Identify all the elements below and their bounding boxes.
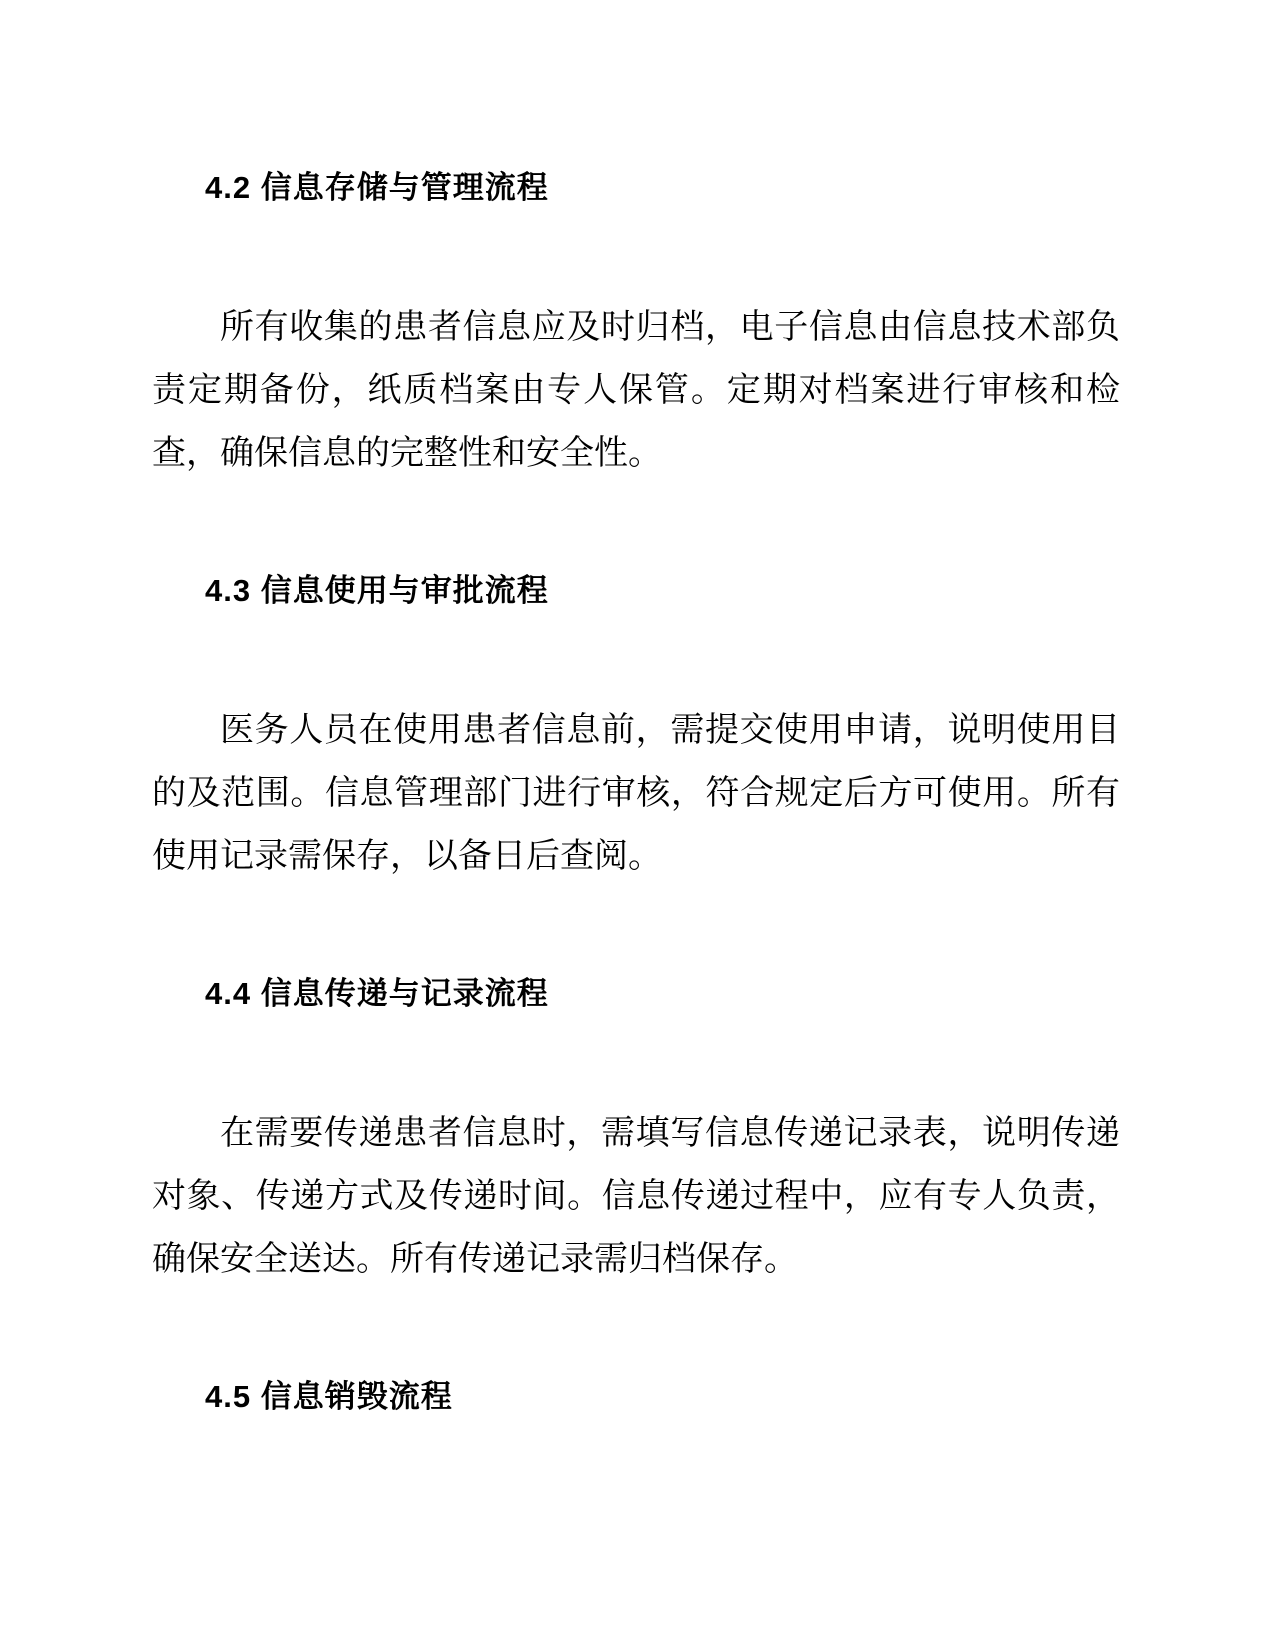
document-content: 4.2 信息存储与管理流程 所有收集的患者信息应及时归档，电子信息由信息技术部负… (0, 0, 1275, 1419)
section-4-4: 4.4 信息传递与记录流程 在需要传递患者信息时，需填写信息传递记录表，说明传递… (152, 972, 1120, 1291)
section-paragraph-4-3: 医务人员在使用患者信息前，需提交使用申请，说明使用目的及范围。信息管理部门进行审… (152, 699, 1120, 888)
section-4-5: 4.5 信息销毁流程 (152, 1375, 1120, 1419)
section-4-2: 4.2 信息存储与管理流程 所有收集的患者信息应及时归档，电子信息由信息技术部负… (152, 166, 1120, 485)
document-page: 4.2 信息存储与管理流程 所有收集的患者信息应及时归档，电子信息由信息技术部负… (0, 0, 1275, 1650)
section-paragraph-4-2: 所有收集的患者信息应及时归档，电子信息由信息技术部负责定期备份，纸质档案由专人保… (152, 296, 1120, 485)
section-heading-4-3: 4.3 信息使用与审批流程 (152, 569, 1120, 613)
section-4-3: 4.3 信息使用与审批流程 医务人员在使用患者信息前，需提交使用申请，说明使用目… (152, 569, 1120, 888)
section-heading-4-4: 4.4 信息传递与记录流程 (152, 972, 1120, 1016)
section-paragraph-4-4: 在需要传递患者信息时，需填写信息传递记录表，说明传递对象、传递方式及传递时间。信… (152, 1102, 1120, 1291)
section-heading-4-5: 4.5 信息销毁流程 (152, 1375, 1120, 1419)
section-heading-4-2: 4.2 信息存储与管理流程 (152, 166, 1120, 210)
